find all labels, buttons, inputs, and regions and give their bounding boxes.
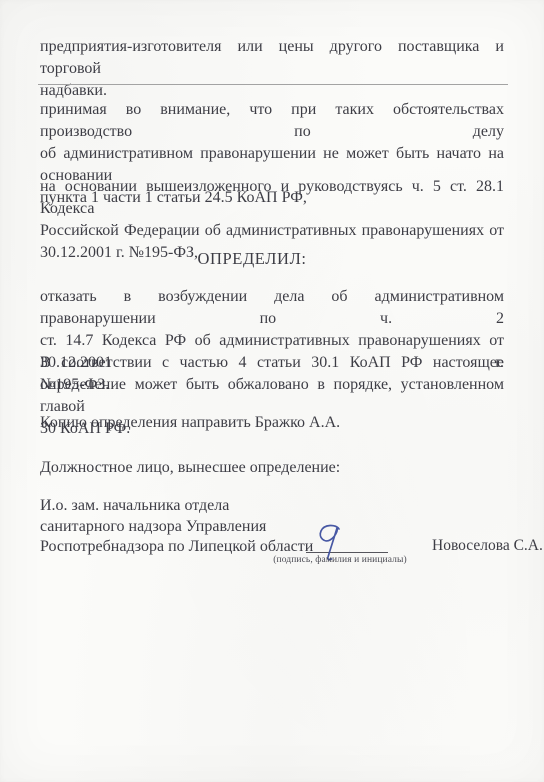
signature-caption: (подпись, фамилия и инициалы)	[272, 555, 408, 565]
text-line: санитарного надзора Управления	[40, 517, 340, 538]
section-divider	[38, 84, 508, 85]
text-line: принимая во внимание, что при таких обст…	[40, 99, 504, 143]
paragraph-intro-tail: предприятия-изготовителя или цены другог…	[40, 36, 504, 102]
copy-note: Копию определения направить Бражко А.А.	[40, 412, 340, 433]
signer-position: И.о. зам. начальника отделасанитарного н…	[40, 496, 340, 558]
text-line: на основании вышеизложенного и руководст…	[40, 176, 504, 220]
signer-name: Новоселова С.А.	[432, 537, 543, 555]
text-line: предприятия-изготовителя или цены другог…	[40, 36, 504, 80]
text-line: И.о. зам. начальника отдела	[40, 496, 340, 517]
text-line: В соответствии с частью 4 статьи 30.1 Ко…	[40, 352, 504, 374]
document-page: предприятия-изготовителя или цены другог…	[0, 0, 544, 782]
resolution-heading: ОПРЕДЕЛИЛ:	[40, 249, 464, 269]
text-line: отказать в возбуждении дела об администр…	[40, 286, 504, 330]
official-intro: Должностное лицо, вынесшее определение:	[40, 457, 340, 478]
text-line: Российской Федерации об административных…	[40, 220, 504, 242]
